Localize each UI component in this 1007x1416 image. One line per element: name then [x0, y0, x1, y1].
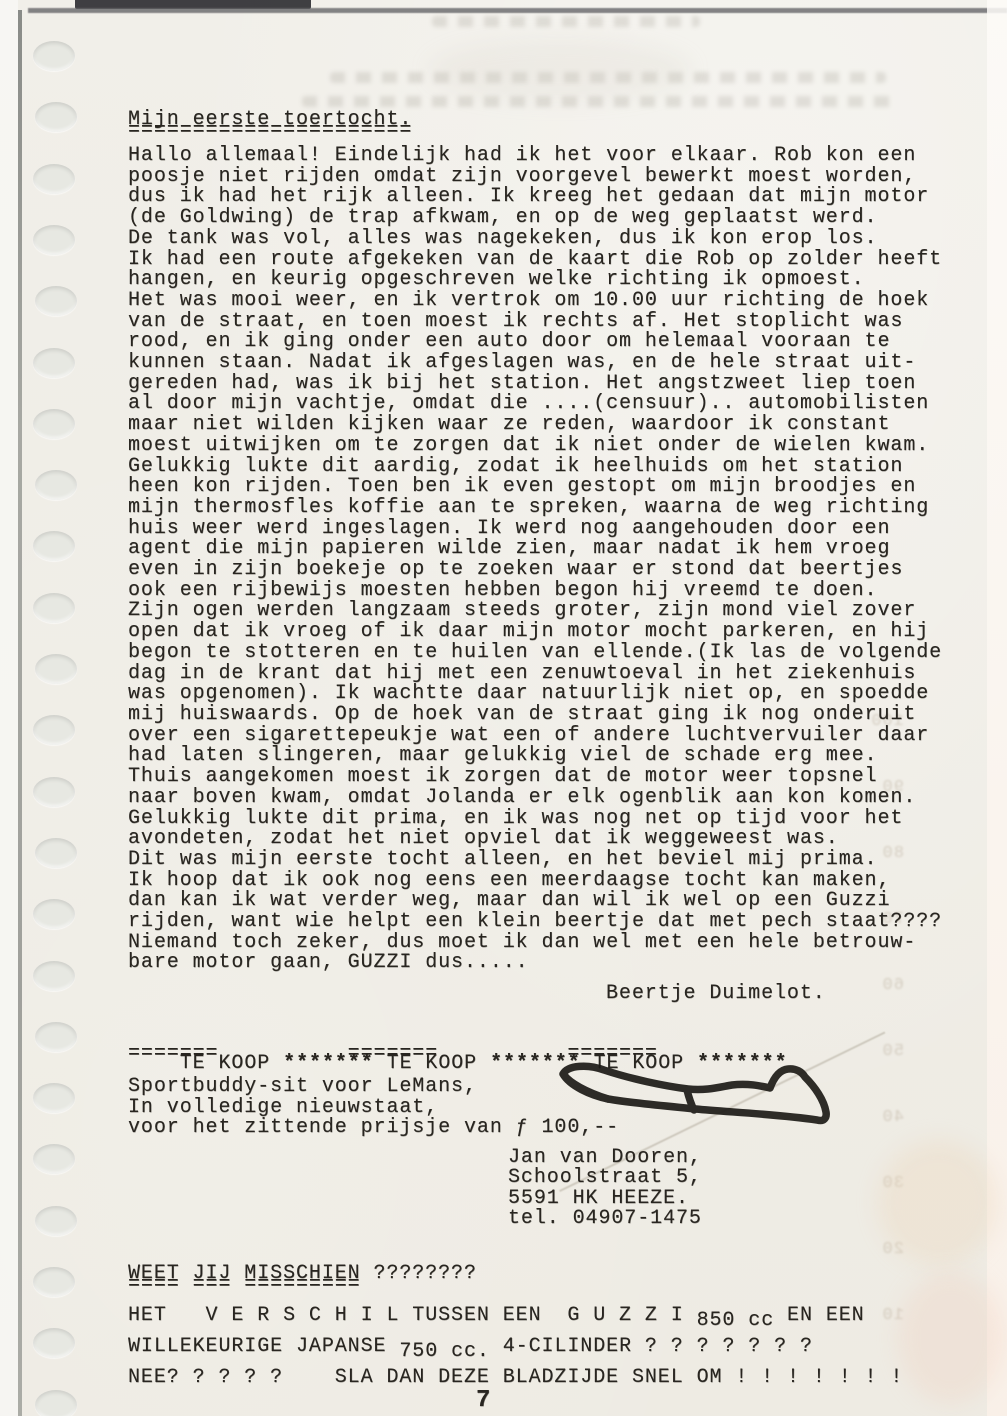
- quiz-line-2-pre: WILLEKEURIGE JAPANSE: [128, 1335, 399, 1358]
- binder-hole: [35, 102, 77, 132]
- binder-hole: [33, 41, 75, 71]
- page-left-edge-line: [18, 10, 22, 1416]
- binder-hole: [35, 1390, 77, 1416]
- scan-edge-left-strip: [0, 0, 18, 1416]
- ad-contact-block: Jan van Dooren, Schoolstraat 5, 5591 HK …: [508, 1148, 702, 1229]
- binder-hole: [35, 1206, 77, 1236]
- quiz-heading-underline: ==== === =========: [128, 1275, 361, 1296]
- bleedthrough-number: 50: [858, 1042, 904, 1061]
- binder-hole: [33, 531, 75, 561]
- quiz-line-2: WILLEKEURIGE JAPANSE 750 cc. 4-CILINDER …: [128, 1337, 813, 1358]
- page-number: 7: [476, 1391, 491, 1412]
- story-text: Hallo allemaal! Eindelijk had ik het voo…: [128, 146, 968, 974]
- binder-hole: [33, 1267, 75, 1297]
- bleedthrough-number: 60: [858, 976, 904, 995]
- page-title-underline: ======================: [128, 121, 412, 142]
- binder-hole: [33, 1328, 75, 1358]
- binder-hole: [33, 225, 75, 255]
- quiz-line-1: HET V E R S C H I L TUSSEN EEN G U Z Z I…: [128, 1306, 865, 1327]
- quiz-line-2-post: 4-CILINDER ? ? ? ? ? ? ?: [490, 1335, 813, 1358]
- binder-hole: [35, 470, 77, 500]
- ad-text: Sportbuddy-sit voor LeMans, In volledige…: [128, 1077, 619, 1139]
- binder-hole: [33, 1144, 75, 1174]
- seat-sketch: [556, 1056, 846, 1136]
- scanned-newsletter-page: 100908070605040302010 Mijn eerste toerto…: [0, 0, 1007, 1416]
- bleedthrough-number: 40: [858, 1108, 904, 1127]
- story-signature: Beertje Duimelot.: [606, 984, 826, 1005]
- binder-hole: [35, 654, 77, 684]
- binder-hole: [35, 838, 77, 868]
- binder-hole: [35, 1022, 77, 1052]
- paper-stain: [878, 1140, 998, 1265]
- binder-hole: [33, 899, 75, 929]
- quiz-line-1-displacement: 850 cc: [697, 1309, 775, 1332]
- quiz-line-2-displacement: 750 cc.: [399, 1340, 489, 1363]
- binder-hole: [33, 715, 75, 745]
- page-top-edge-line: [28, 8, 1007, 13]
- quiz-line-1-post: EN EEN: [774, 1304, 864, 1327]
- binder-hole: [33, 409, 75, 439]
- binder-hole: [33, 593, 75, 623]
- binder-hole: [33, 777, 75, 807]
- binder-hole: [35, 286, 77, 316]
- binder-hole: [33, 348, 75, 378]
- bleedthrough-number: 10: [858, 1306, 904, 1325]
- binder-hole: [33, 1083, 75, 1113]
- binder-hole: [33, 164, 75, 194]
- paper-stain: [898, 1272, 1004, 1404]
- quiz-line-1-pre: HET V E R S C H I L TUSSEN EEN G U Z Z I: [128, 1304, 697, 1327]
- quiz-line-3: NEE? ? ? ? ? SLA DAN DEZE BLADZIJDE SNEL…: [128, 1368, 903, 1389]
- bleedthrough-smudge: [432, 16, 700, 27]
- binder-hole: [33, 961, 75, 991]
- paper-stain: [430, 40, 690, 100]
